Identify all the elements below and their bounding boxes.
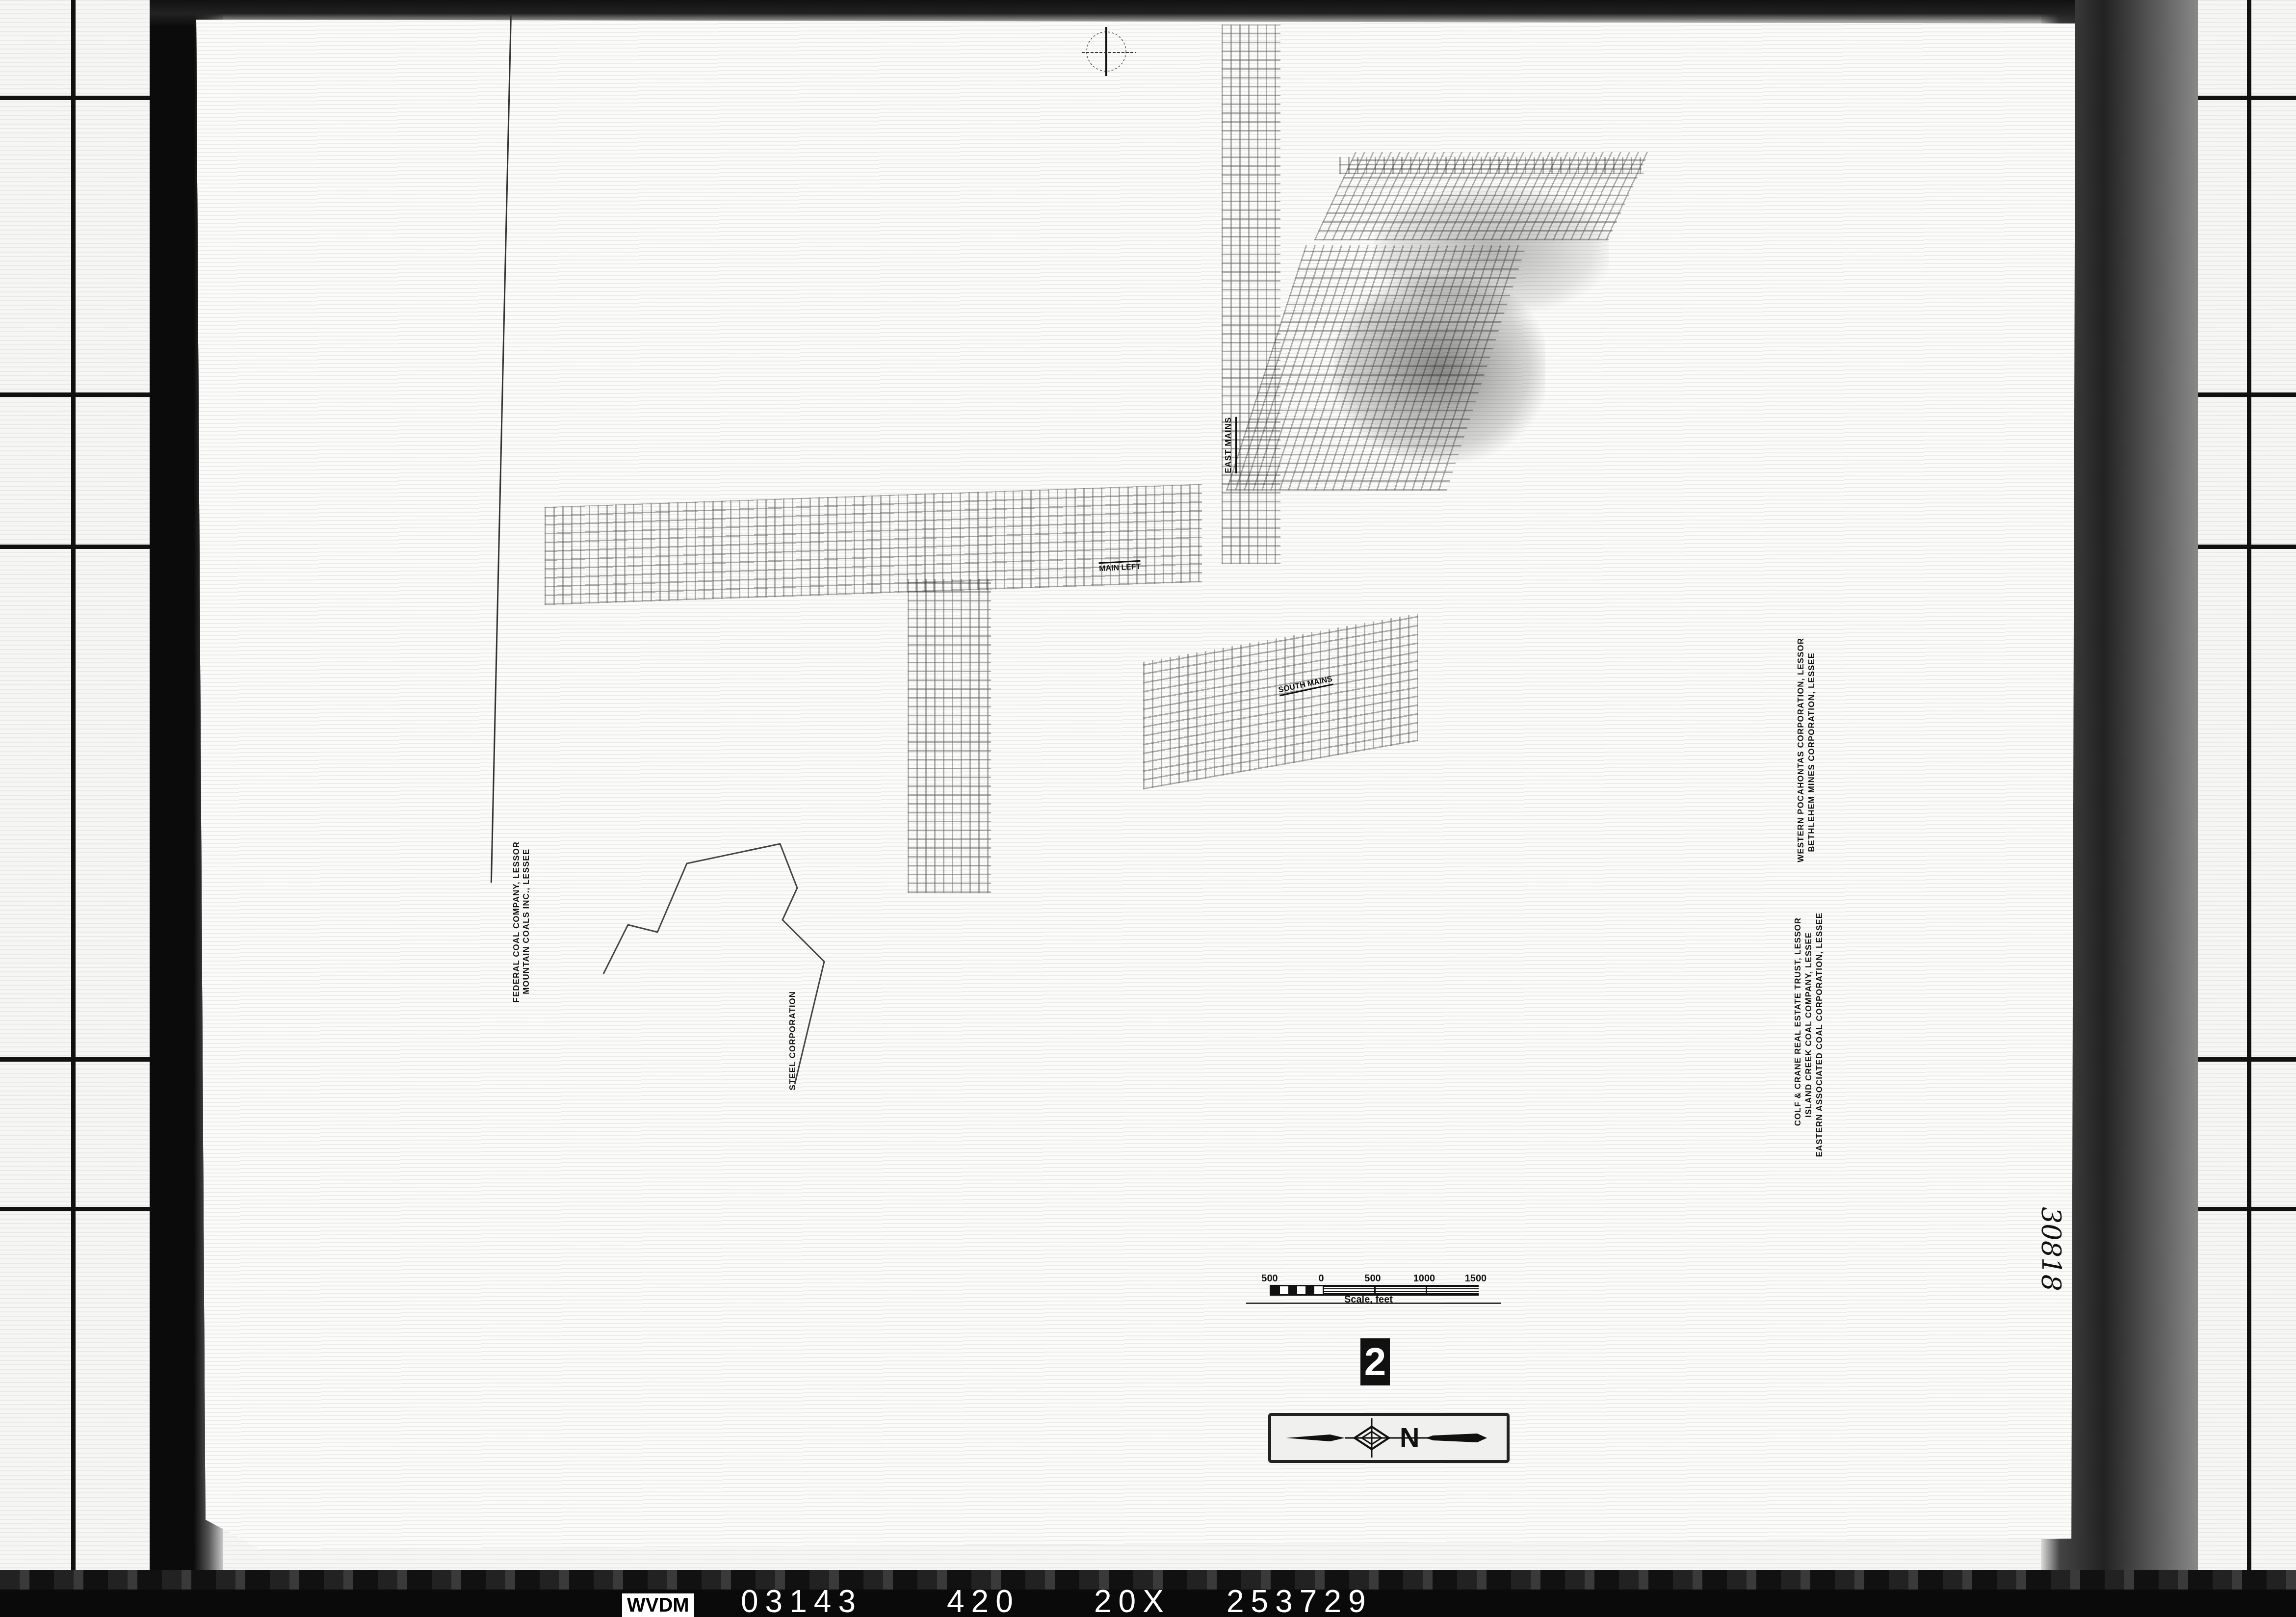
property-label-line: ISLAND CREEK COAL COMPANY, LESSEE — [1803, 932, 1814, 1118]
scale-caption: Scale, feet — [1344, 1295, 1393, 1304]
property-label-line: WESTERN POCAHONTAS CORPORATION, LESSOR — [1796, 638, 1806, 862]
property-label-line: EASTERN ASSOCIATED COAL CORPORATION, LES… — [1814, 913, 1825, 1157]
scale-tick-label: 500 — [1364, 1273, 1381, 1284]
scale-segment — [1374, 1286, 1427, 1294]
north-letter: N — [1400, 1423, 1419, 1452]
scale-segment — [1305, 1286, 1314, 1294]
scale-tick-label: 1000 — [1413, 1273, 1435, 1284]
film-grid-line — [71, 0, 76, 1617]
property-boundary-line — [564, 834, 859, 1109]
scale-tick-labels: 500050010001500 — [1246, 1273, 1501, 1284]
film-number: 253729 — [1226, 1586, 1373, 1617]
scale-segment — [1288, 1286, 1297, 1294]
handwritten-id: 30818 — [2036, 1207, 2065, 1291]
property-label-line: COLF & CRANE REAL ESTATE TRUST, LESSOR — [1793, 917, 1803, 1126]
scale-tick-label: 1500 — [1465, 1273, 1487, 1284]
film-label-box: WVDM — [622, 1593, 694, 1617]
dense-workings-area — [1374, 186, 1609, 314]
property-label-line: STEEL CORPORATION — [787, 991, 798, 1090]
scale-tick-label: 0 — [1318, 1273, 1324, 1284]
sheet-number: 2 — [1360, 1338, 1390, 1385]
label-main-left: MAIN LEFT — [1098, 560, 1141, 574]
property-label-line: BETHLEHEM MINES CORPORATION, LESSEE — [1806, 652, 1817, 852]
mine-workings-south-panel — [908, 579, 991, 893]
mine-workings-heading — [1339, 157, 1644, 174]
crosshair-survey-station-icon — [1079, 25, 1138, 78]
film-number: 420 — [947, 1586, 1020, 1617]
film-grid-line — [2247, 0, 2251, 1617]
label-east-mains: EAST MAINS — [1223, 417, 1237, 473]
scale-segment — [1314, 1286, 1323, 1294]
property-label-line: FEDERAL COAL COMPANY, LESSOR — [511, 841, 522, 1002]
scale-segment — [1323, 1286, 1376, 1294]
scale-tick-label: 500 — [1261, 1273, 1278, 1284]
scale-bar: 500050010001500 Scale, feet — [1246, 1273, 1501, 1304]
scale-segment — [1426, 1286, 1479, 1294]
scale-segment — [1271, 1286, 1280, 1294]
film-number: 20X — [1094, 1586, 1171, 1617]
scale-segment — [1297, 1286, 1306, 1294]
scale-segment — [1280, 1286, 1289, 1294]
property-label-line: MOUNTAIN COALS INC., LESSEE — [521, 849, 532, 994]
compass-north-arrow-icon: N — [1268, 1413, 1510, 1463]
film-number: 03143 — [741, 1586, 862, 1617]
